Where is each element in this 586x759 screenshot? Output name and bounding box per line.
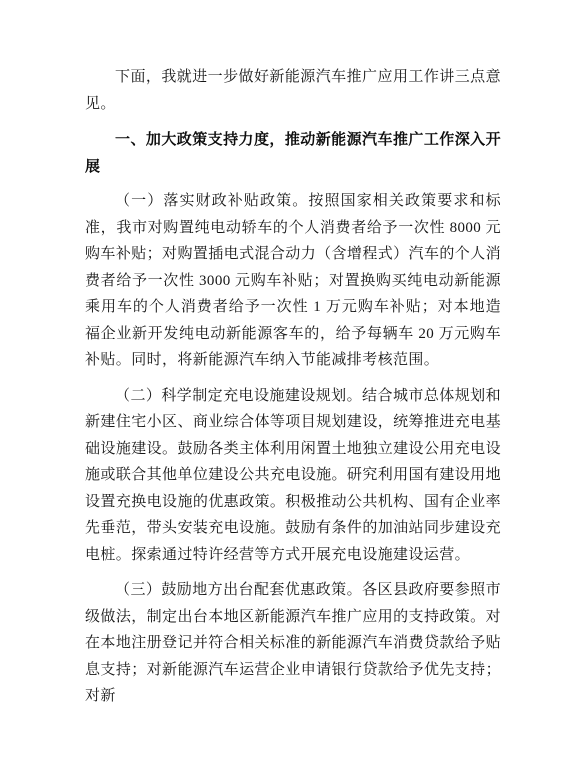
document-page: 下面，我就进一步做好新能源汽车推广应用工作讲三点意见。 一、加大政策支持力度，推… [0, 0, 586, 759]
paragraph-subsection-1-subsidy-policy: （一）落实财政补贴政策。按照国家相关政策要求和标准，我市对购置纯电动轿车的个人消… [85, 188, 501, 374]
paragraph-subsection-3-local-incentives: （三）鼓励地方出台配套优惠政策。各区县政府要参照市级做法，制定出台本地区新能源汽… [85, 577, 501, 710]
section-heading-1: 一、加大政策支持力度，推动新能源汽车推广工作深入开展 [85, 126, 501, 179]
paragraph-intro: 下面，我就进一步做好新能源汽车推广应用工作讲三点意见。 [85, 64, 501, 117]
paragraph-subsection-2-charging-infrastructure: （二）科学制定充电设施建设规划。结合城市总体规划和新建住宅小区、商业综合体等项目… [85, 383, 501, 569]
